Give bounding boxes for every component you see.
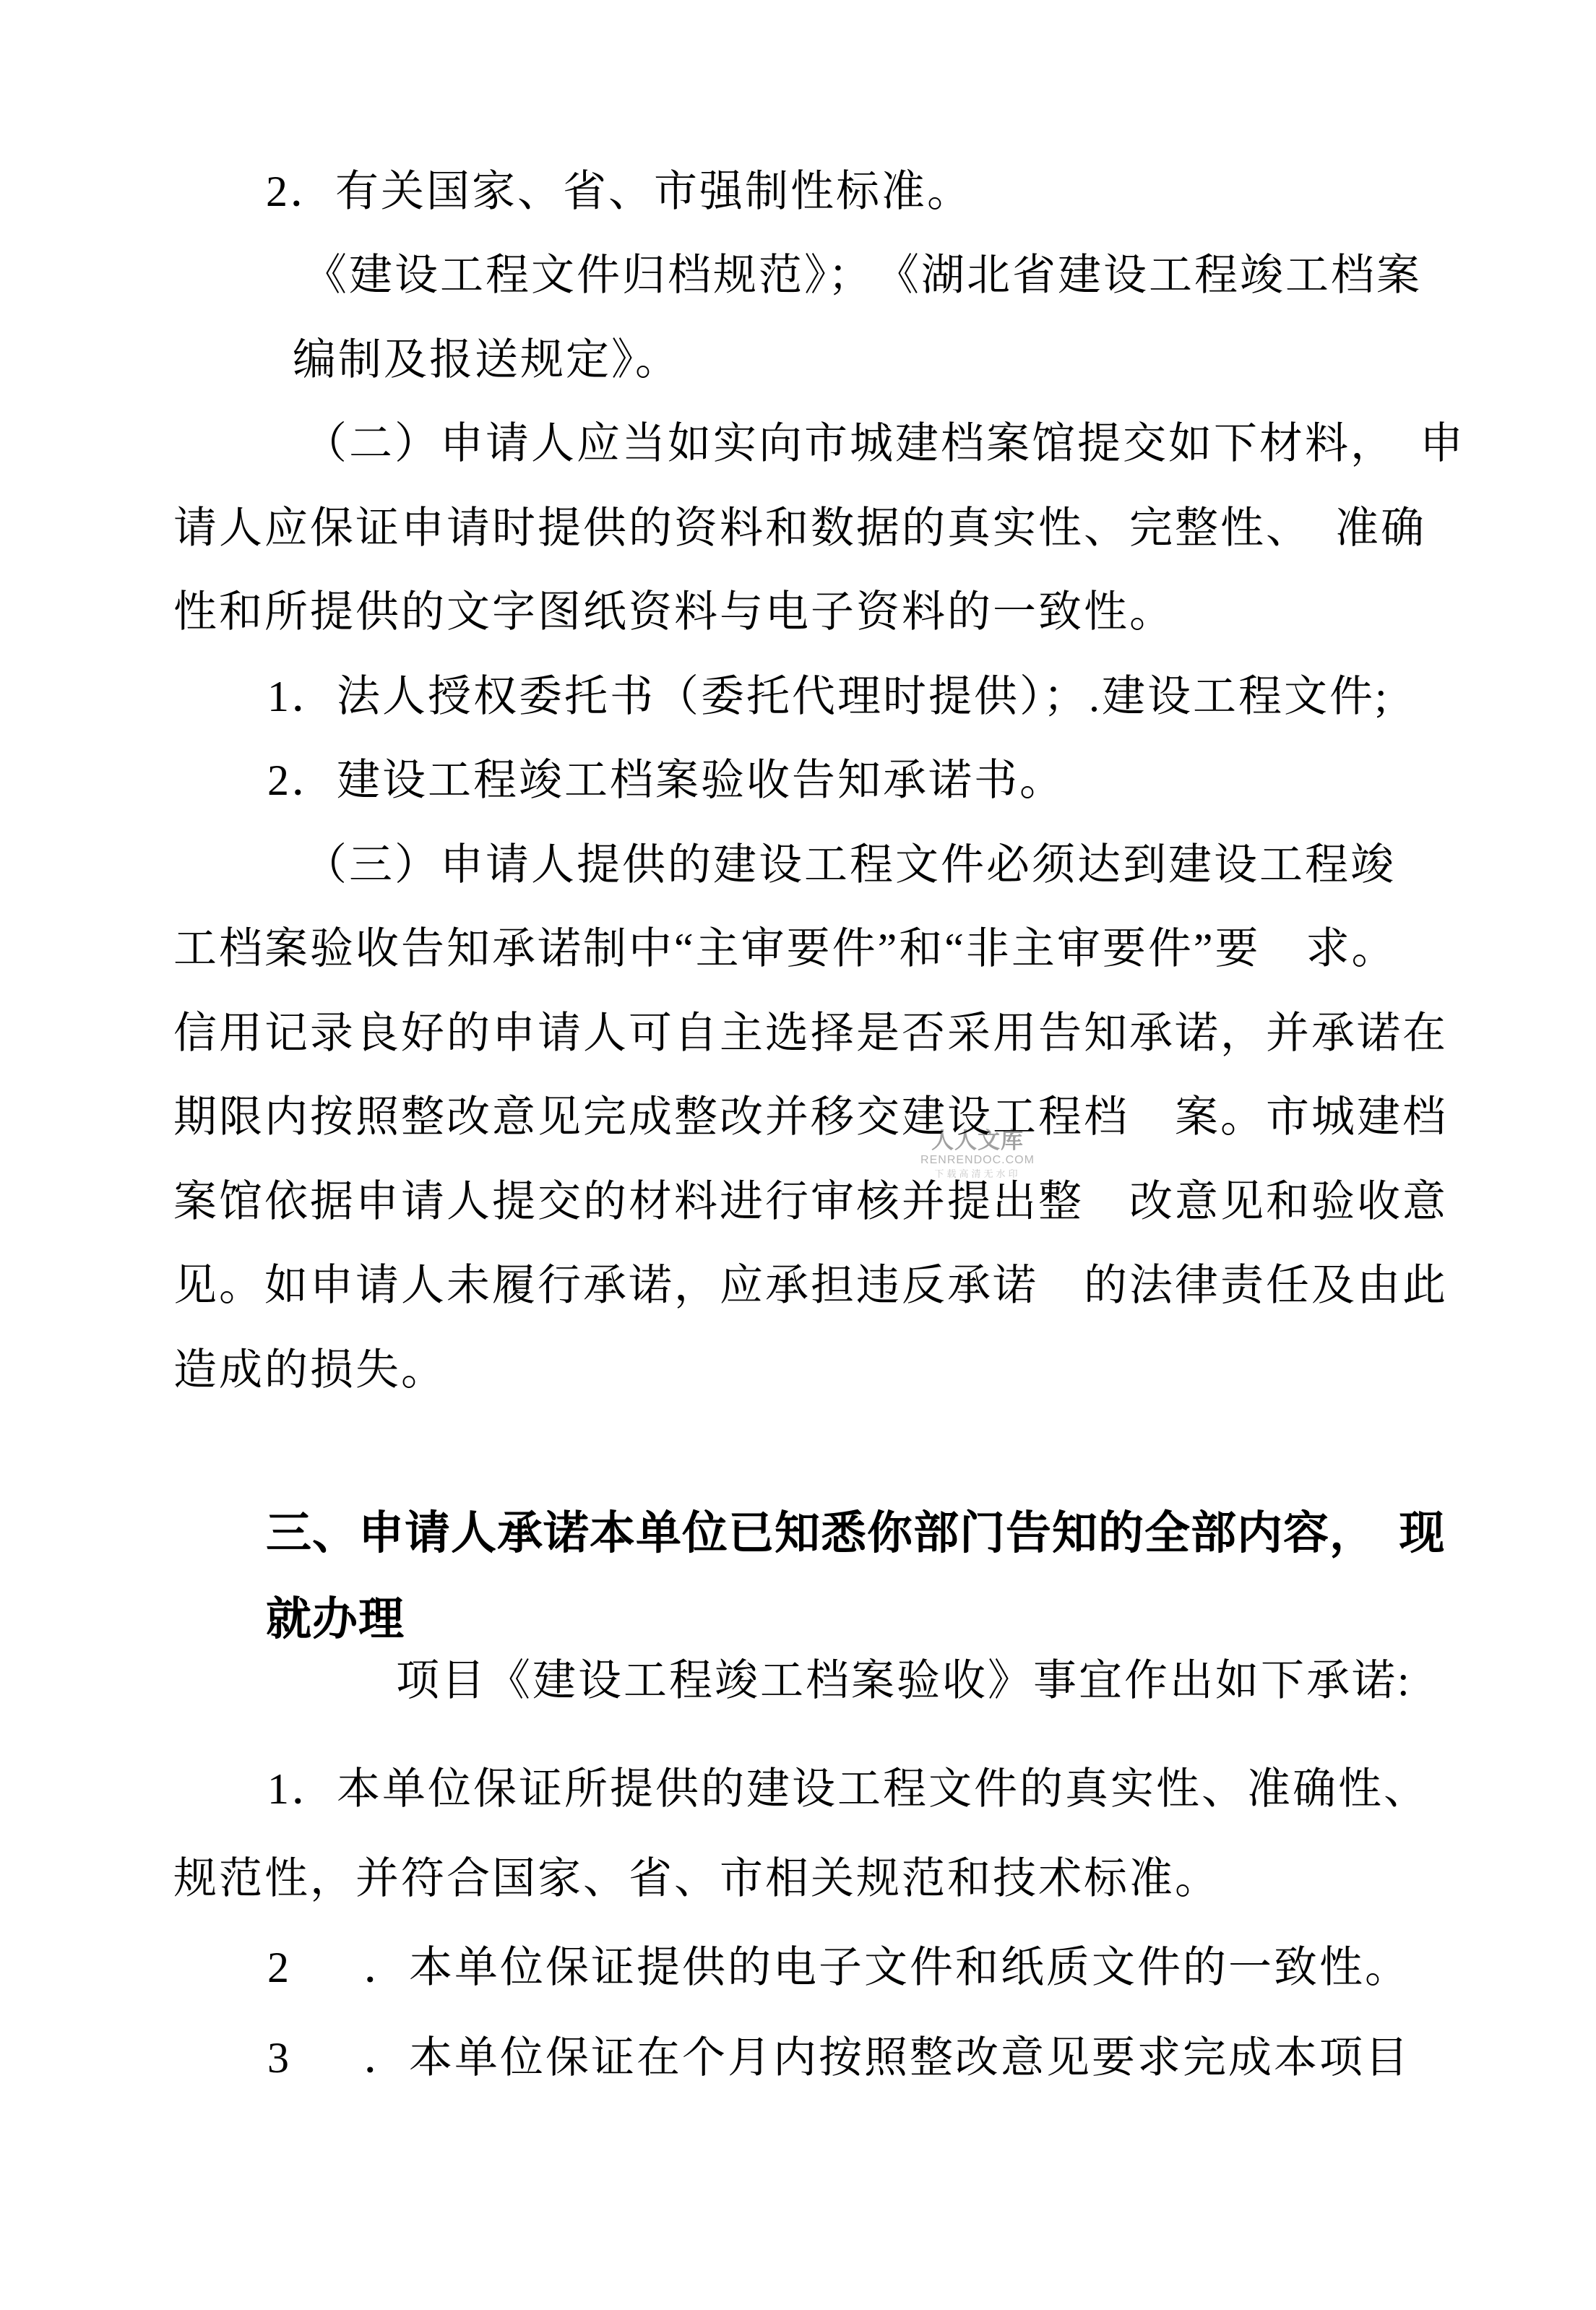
item-text: ．本单位保证提供的电子文件和纸质文件的一致性。 xyxy=(363,1944,1410,1991)
item-number: 3 xyxy=(267,2034,291,2082)
item-text: 本单位保证所提供的建设工程文件的真实性、准确性、 xyxy=(337,1765,1429,1813)
watermark-domain-text: RENRENDOC.COM xyxy=(891,1155,1064,1166)
item-number: 2 xyxy=(267,1944,291,1991)
commitment-item-line: 2．本单位保证提供的电子文件和纸质文件的一致性。 xyxy=(267,1944,1410,1991)
item-number: 1． xyxy=(267,1765,337,1813)
section-heading-line: 就办理 xyxy=(266,1595,405,1645)
commitment-item-line: 3．本单位保证在个月内按照整改意见要求完成本项目 xyxy=(267,2034,1410,2082)
body-line: 《建设工程文件归档规范》； 《湖北省建设工程竣工档案 xyxy=(303,251,1422,299)
body-line: （二）申请人应当如实向市城建档案馆提交如下材料， 申 xyxy=(303,420,1465,467)
body-line: 造成的损失。 xyxy=(173,1346,447,1394)
body-line: （三）申请人提供的建设工程文件必须达到建设工程竣 xyxy=(303,841,1396,889)
body-line: 案馆依据申请人提交的材料进行审核并提出整 改意见和验收意 xyxy=(173,1178,1448,1225)
body-line: 2．有关国家、省、市强制性标准。 xyxy=(266,168,972,215)
commitment-item-line: 1．本单位保证所提供的建设工程文件的真实性、准确性、 xyxy=(267,1765,1429,1813)
body-line: 编制及报送规定》。 xyxy=(293,336,681,384)
section-heading-line: 三、申请人承诺本单位已知悉你部门告知的全部内容， 现 xyxy=(266,1509,1446,1559)
body-line: 请人应保证申请时提供的资料和数据的真实性、完整性、 准确 xyxy=(173,504,1426,552)
body-line: 项目《建设工程竣工档案验收》事宜作出如下承诺: xyxy=(396,1657,1412,1705)
body-line: 性和所提供的文字图纸资料与电子资料的一致性。 xyxy=(173,588,1175,636)
document-page: 人人文库 RENRENDOC.COM 下载高清无水印 2．有关国家、省、市强制性… xyxy=(0,0,1596,2310)
body-line: 1．法人授权委托书（委托代理时提供）；.建设工程文件; xyxy=(267,673,1389,720)
body-line: 期限内按照整改意见完成整改并移交建设工程档 案。市城建档 xyxy=(173,1093,1448,1141)
item-text: ．本单位保证在个月内按照整改意见要求完成本项目 xyxy=(363,2034,1410,2082)
body-line: 工档案验收告知承诺制中“主审要件”和“非主审要件”要 求。 xyxy=(173,925,1397,973)
commitment-item-line: 规范性，并符合国家、省、市相关规范和技术标准。 xyxy=(173,1855,1220,1902)
body-line: 见。如申请人未履行承诺，应承担违反承诺 的法律责任及由此 xyxy=(173,1262,1448,1309)
body-line: 信用记录良好的申请人可自主选择是否采用告知承诺，并承诺在 xyxy=(173,1009,1448,1057)
body-line: 2．建设工程竣工档案验收告知承诺书。 xyxy=(267,757,1065,804)
